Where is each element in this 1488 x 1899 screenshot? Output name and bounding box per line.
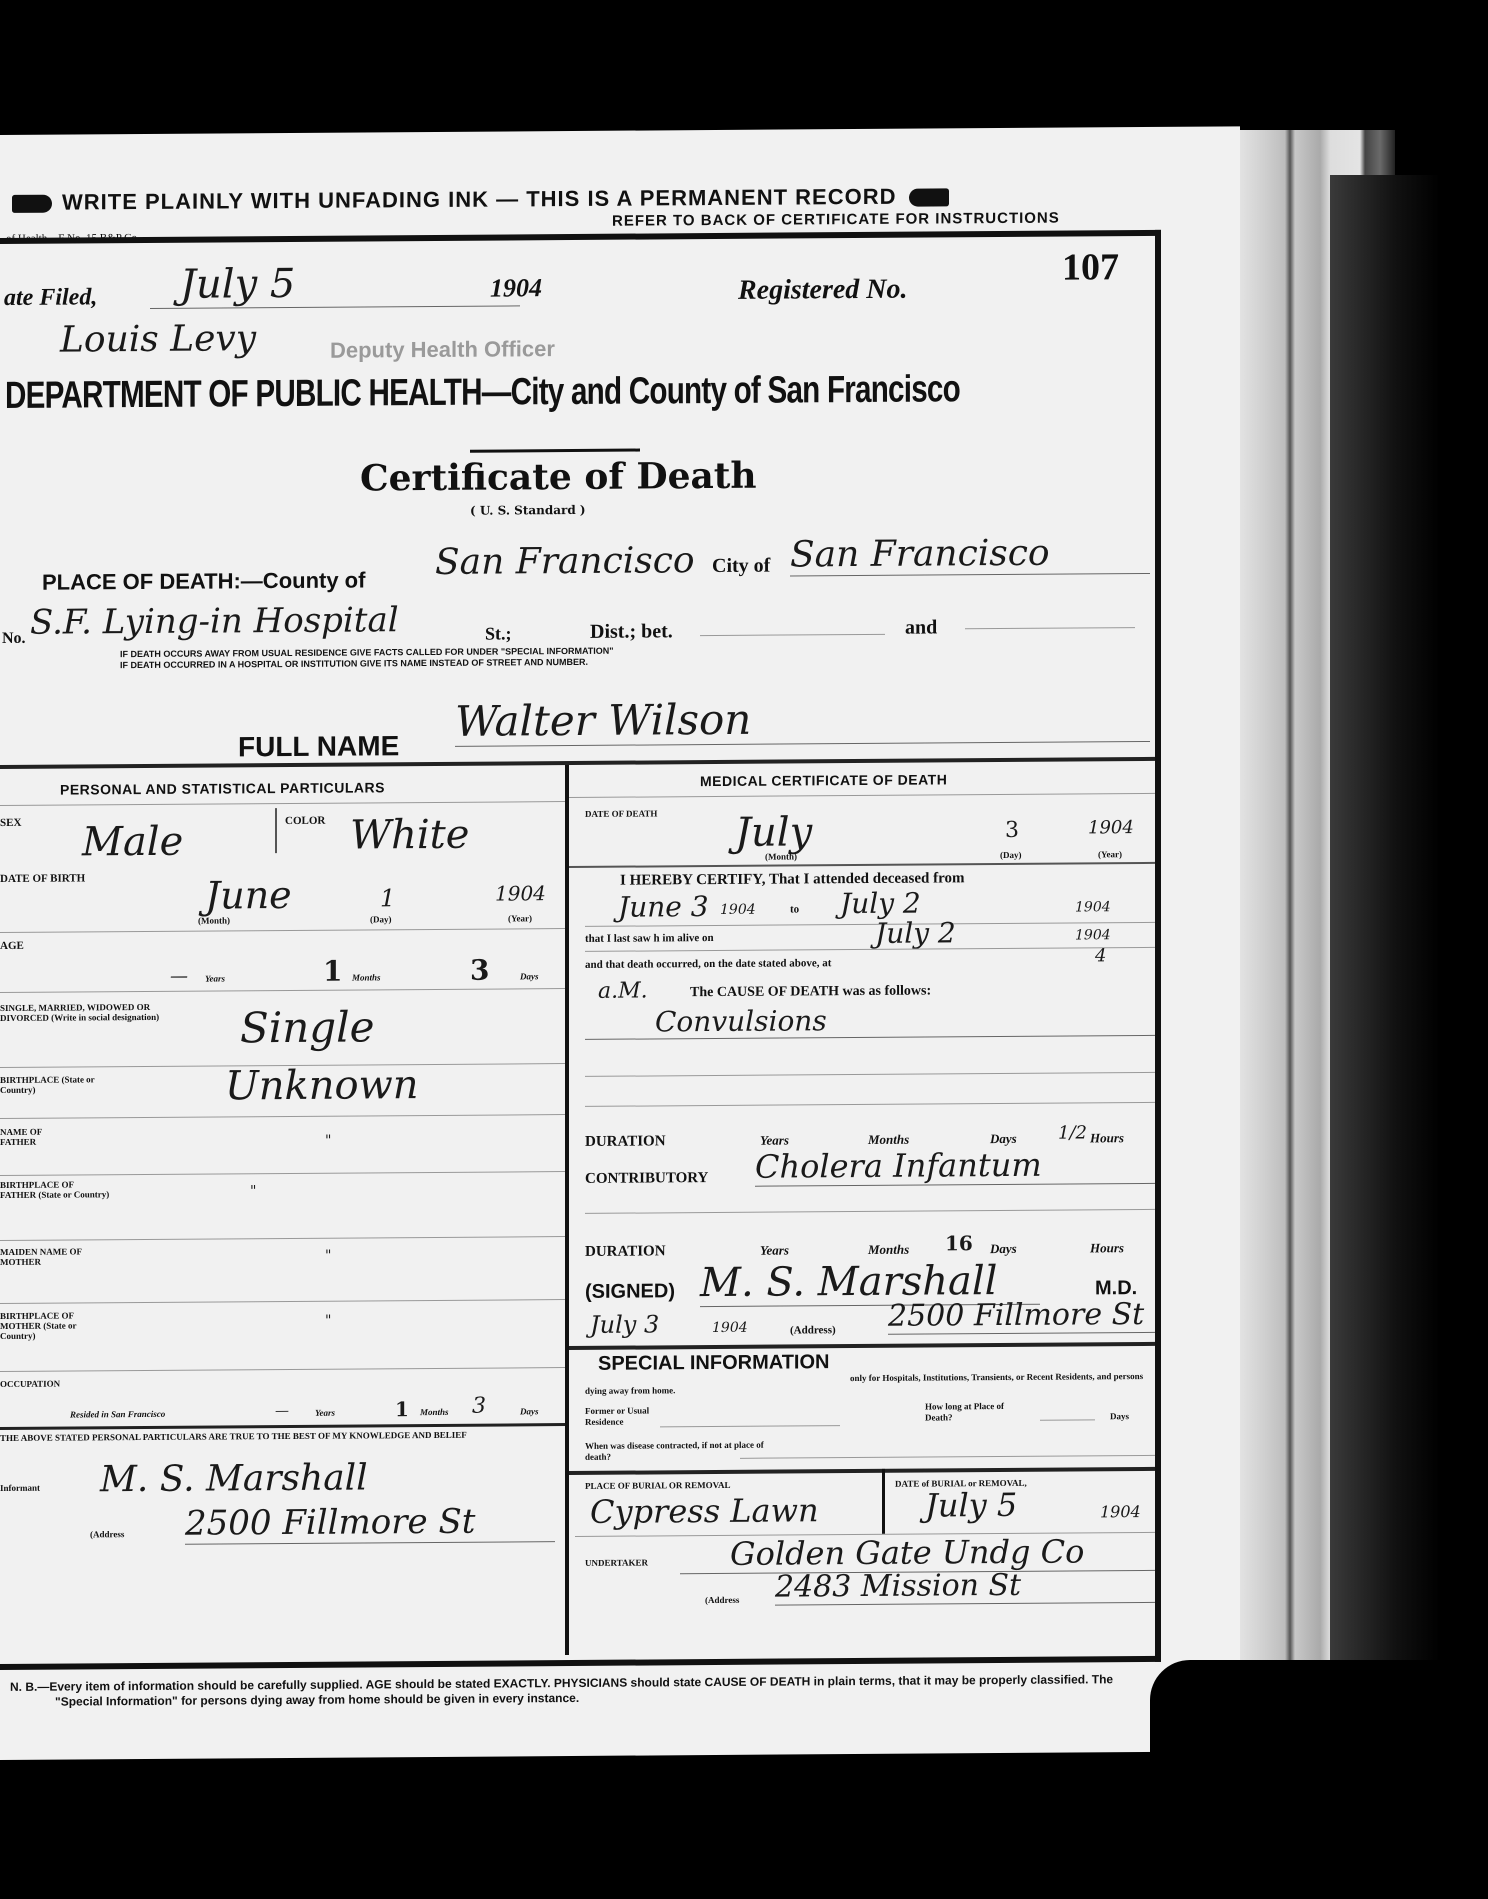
place-institution-value: S.F. Lying-in Hospital <box>30 600 399 643</box>
sex-label: SEX <box>0 817 21 829</box>
dob-month: June <box>205 873 292 918</box>
signed-year: 1904 <box>712 1320 748 1336</box>
how-long-label: How long at Place of Death? <box>925 1401 1020 1424</box>
color-label: COLOR <box>285 815 325 827</box>
marital-label: SINGLE, MARRIED, WIDOWED OR DIVORCED (Wr… <box>0 1002 200 1023</box>
birthplace-value: Unknown <box>225 1062 419 1109</box>
place-city-value: San Francisco <box>790 532 1150 577</box>
dod-day-caption: (Day) <box>1000 850 1022 860</box>
informant-address-label: (Address <box>90 1529 124 1539</box>
registered-label: Registered No. <box>738 274 908 307</box>
burial-place-value: Cypress Lawn <box>590 1491 819 1531</box>
mother-birthplace-label: BIRTHPLACE OF MOTHER (State or Country) <box>0 1310 110 1341</box>
informant-value: M. S. Marshall <box>100 1457 368 1500</box>
contributory-value: Cholera Infantum <box>755 1145 1155 1187</box>
duration2-hours-caption: Hours <box>1090 1240 1124 1256</box>
mother-birthplace-value: " <box>325 1313 331 1329</box>
date-filed-label: ate Filed, <box>4 284 97 312</box>
certificate-page: WRITE PLAINLY WITH UNFADING INK — THIS I… <box>0 126 1240 1760</box>
footer-note: N. B.—Every item of information should b… <box>5 1672 1115 1710</box>
form-frame <box>0 230 1161 1670</box>
physician-address-label: (Address) <box>790 1324 836 1336</box>
resided-days-caption: Days <box>520 1406 539 1416</box>
attended-to-year: 1904 <box>1075 899 1111 915</box>
dob-month-caption: (Month) <box>198 915 230 925</box>
contributory-label: CONTRIBUTORY <box>585 1170 708 1188</box>
undertaker-address-value: 2483 Mission St <box>775 1567 1155 1606</box>
city-label: City of <box>712 555 770 578</box>
certificate-subtitle: ( U. S. Standard ) <box>470 503 586 518</box>
duration1-label: DURATION <box>585 1133 666 1151</box>
full-name-label: FULL NAME <box>238 730 399 763</box>
dob-year: 1904 <box>495 881 546 905</box>
certificate-title: Certificate of Death <box>360 455 757 500</box>
resided-years-caption: Years <box>315 1408 335 1418</box>
undertaker-label: UNDERTAKER <box>585 1557 648 1567</box>
duration1-hours-caption: Hours <box>1090 1130 1124 1146</box>
full-name-value: Walter Wilson <box>455 692 1150 747</box>
duration2-label: DURATION <box>585 1243 666 1261</box>
date-filed-year: 1904 <box>490 273 542 303</box>
informant-address-value: 2500 Fillmore St <box>185 1501 555 1545</box>
special-subtitle: only for Hospitals, Institutions, Transi… <box>585 1371 1145 1397</box>
last-saw-label: that I last saw h im alive on <box>585 932 714 945</box>
dob-day-caption: (Day) <box>370 914 392 924</box>
meridiem-value: a.M. <box>598 978 648 1003</box>
dod-month: July <box>735 809 812 856</box>
duration1-months-caption: Months <box>868 1132 909 1148</box>
death-time-value: 4 <box>1095 945 1106 966</box>
thumb-shadow <box>1150 1660 1488 1899</box>
refer-note: REFER TO BACK OF CERTIFICATE FOR INSTRUC… <box>612 210 1060 230</box>
dod-year: 1904 <box>1088 817 1134 838</box>
book-spine-shadow <box>1330 175 1440 1735</box>
place-county-value: San Francisco <box>435 540 695 583</box>
death-time-label: and that death occurred, on the date sta… <box>585 957 831 971</box>
cause-value: Convulsions <box>585 1002 1155 1040</box>
birthplace-label: BIRTHPLACE (State or Country) <box>0 1074 110 1095</box>
signed-label: (SIGNED) <box>585 1280 675 1304</box>
resided-days: 3 <box>472 1394 486 1419</box>
column-divider <box>565 765 569 1655</box>
burial-date-value: July 5 <box>925 1486 1017 1525</box>
father-birthplace-value: " <box>250 1183 256 1199</box>
burial-divider <box>882 1469 885 1534</box>
age-years-caption: Years <box>205 973 225 983</box>
marital-value: Single <box>240 1002 374 1052</box>
last-saw-value: July 2 <box>875 916 956 950</box>
attended-to: July 2 <box>840 887 921 921</box>
mother-maiden-label: MAIDEN NAME OF MOTHER <box>0 1246 100 1267</box>
dob-label: DATE OF BIRTH <box>0 872 85 885</box>
medical-section-title: MEDICAL CERTIFICATE OF DEATH <box>700 771 947 789</box>
duration2-days-caption: Days <box>990 1241 1017 1257</box>
to-label: to <box>790 903 799 915</box>
burial-place-label: PLACE OF BURIAL OR REMOVAL <box>585 1480 731 1491</box>
age-years: — <box>170 966 188 987</box>
duration1-years-caption: Years <box>760 1132 789 1148</box>
place-of-death-label: PLACE OF DEATH:—County of <box>42 567 365 595</box>
color-value: White <box>350 812 469 859</box>
date-filed-value: July 5 <box>150 259 520 309</box>
banner-text: WRITE PLAINLY WITH UNFADING INK — THIS I… <box>62 184 897 215</box>
street-label: St.; <box>485 623 512 644</box>
sex-color-divider <box>275 808 277 853</box>
officer-signature: Louis Levy <box>60 318 256 360</box>
place-note: IF DEATH OCCURS AWAY FROM USUAL RESIDENC… <box>120 646 614 671</box>
pointing-hand-icon <box>909 189 949 207</box>
dod-year-caption: (Year) <box>1098 849 1122 859</box>
former-residence-label: Former or Usual Residence <box>585 1405 655 1427</box>
personal-section-title: PERSONAL AND STATISTICAL PARTICULARS <box>60 779 385 797</box>
duration1-hours: 1/2 <box>1058 1122 1087 1143</box>
age-days: 3 <box>470 954 489 987</box>
dob-year-caption: (Year) <box>508 913 532 923</box>
officer-title-stamp: Deputy Health Officer <box>330 336 555 364</box>
dod-month-caption: (Month) <box>765 851 797 861</box>
age-months-caption: Months <box>352 972 381 982</box>
informant-label: Informant <box>0 1483 40 1493</box>
physician-address-value: 2500 Fillmore St <box>888 1297 1155 1335</box>
signed-date: July 3 <box>590 1310 659 1338</box>
sex-value: Male <box>82 819 183 866</box>
and-label: and <box>905 616 937 639</box>
resided-months-caption: Months <box>420 1407 449 1417</box>
duration2-days: 16 <box>945 1231 973 1255</box>
contracted-label: When was disease contracted, if not at p… <box>585 1440 785 1463</box>
resided-label: Resided in San Francisco <box>70 1409 165 1420</box>
last-saw-year: 1904 <box>1075 927 1111 943</box>
father-name-value: " <box>325 1133 331 1149</box>
pointing-hand-icon <box>12 195 52 213</box>
duration1-days-caption: Days <box>990 1131 1017 1147</box>
undertaker-address-label: (Address <box>705 1595 739 1605</box>
age-months: 1 <box>323 955 342 988</box>
dod-day: 3 <box>1005 818 1019 843</box>
resided-months: 1 <box>395 1397 409 1421</box>
street-number-label: No. <box>2 630 26 648</box>
cause-label: The CAUSE OF DEATH was as follows: <box>690 983 931 1001</box>
father-birthplace-label: BIRTHPLACE OF FATHER (State or Country) <box>0 1179 110 1200</box>
duration2-months-caption: Months <box>868 1242 909 1258</box>
mother-maiden-value: " <box>325 1248 331 1264</box>
attended-from: June 3 <box>618 890 709 924</box>
father-name-label: NAME OF FATHER <box>0 1126 80 1147</box>
duration2-years-caption: Years <box>760 1242 789 1258</box>
burial-year-value: 1904 <box>1100 1502 1141 1521</box>
dob-day: 1 <box>380 884 395 912</box>
age-days-caption: Days <box>520 971 539 981</box>
department-heading: DEPARTMENT OF PUBLIC HEALTH—City and Cou… <box>5 368 960 418</box>
attended-from-year: 1904 <box>720 902 756 918</box>
registered-number: 107 <box>1062 245 1119 289</box>
resided-years: — <box>275 1403 289 1419</box>
special-title: SPECIAL INFORMATION <box>598 1351 829 1376</box>
occupation-label: OCCUPATION <box>0 1379 60 1389</box>
dod-label: DATE OF DEATH <box>585 808 657 819</box>
how-long-days-label: Days <box>1110 1411 1129 1421</box>
age-label: AGE <box>0 940 24 952</box>
district-label: Dist.; bet. <box>590 620 673 644</box>
